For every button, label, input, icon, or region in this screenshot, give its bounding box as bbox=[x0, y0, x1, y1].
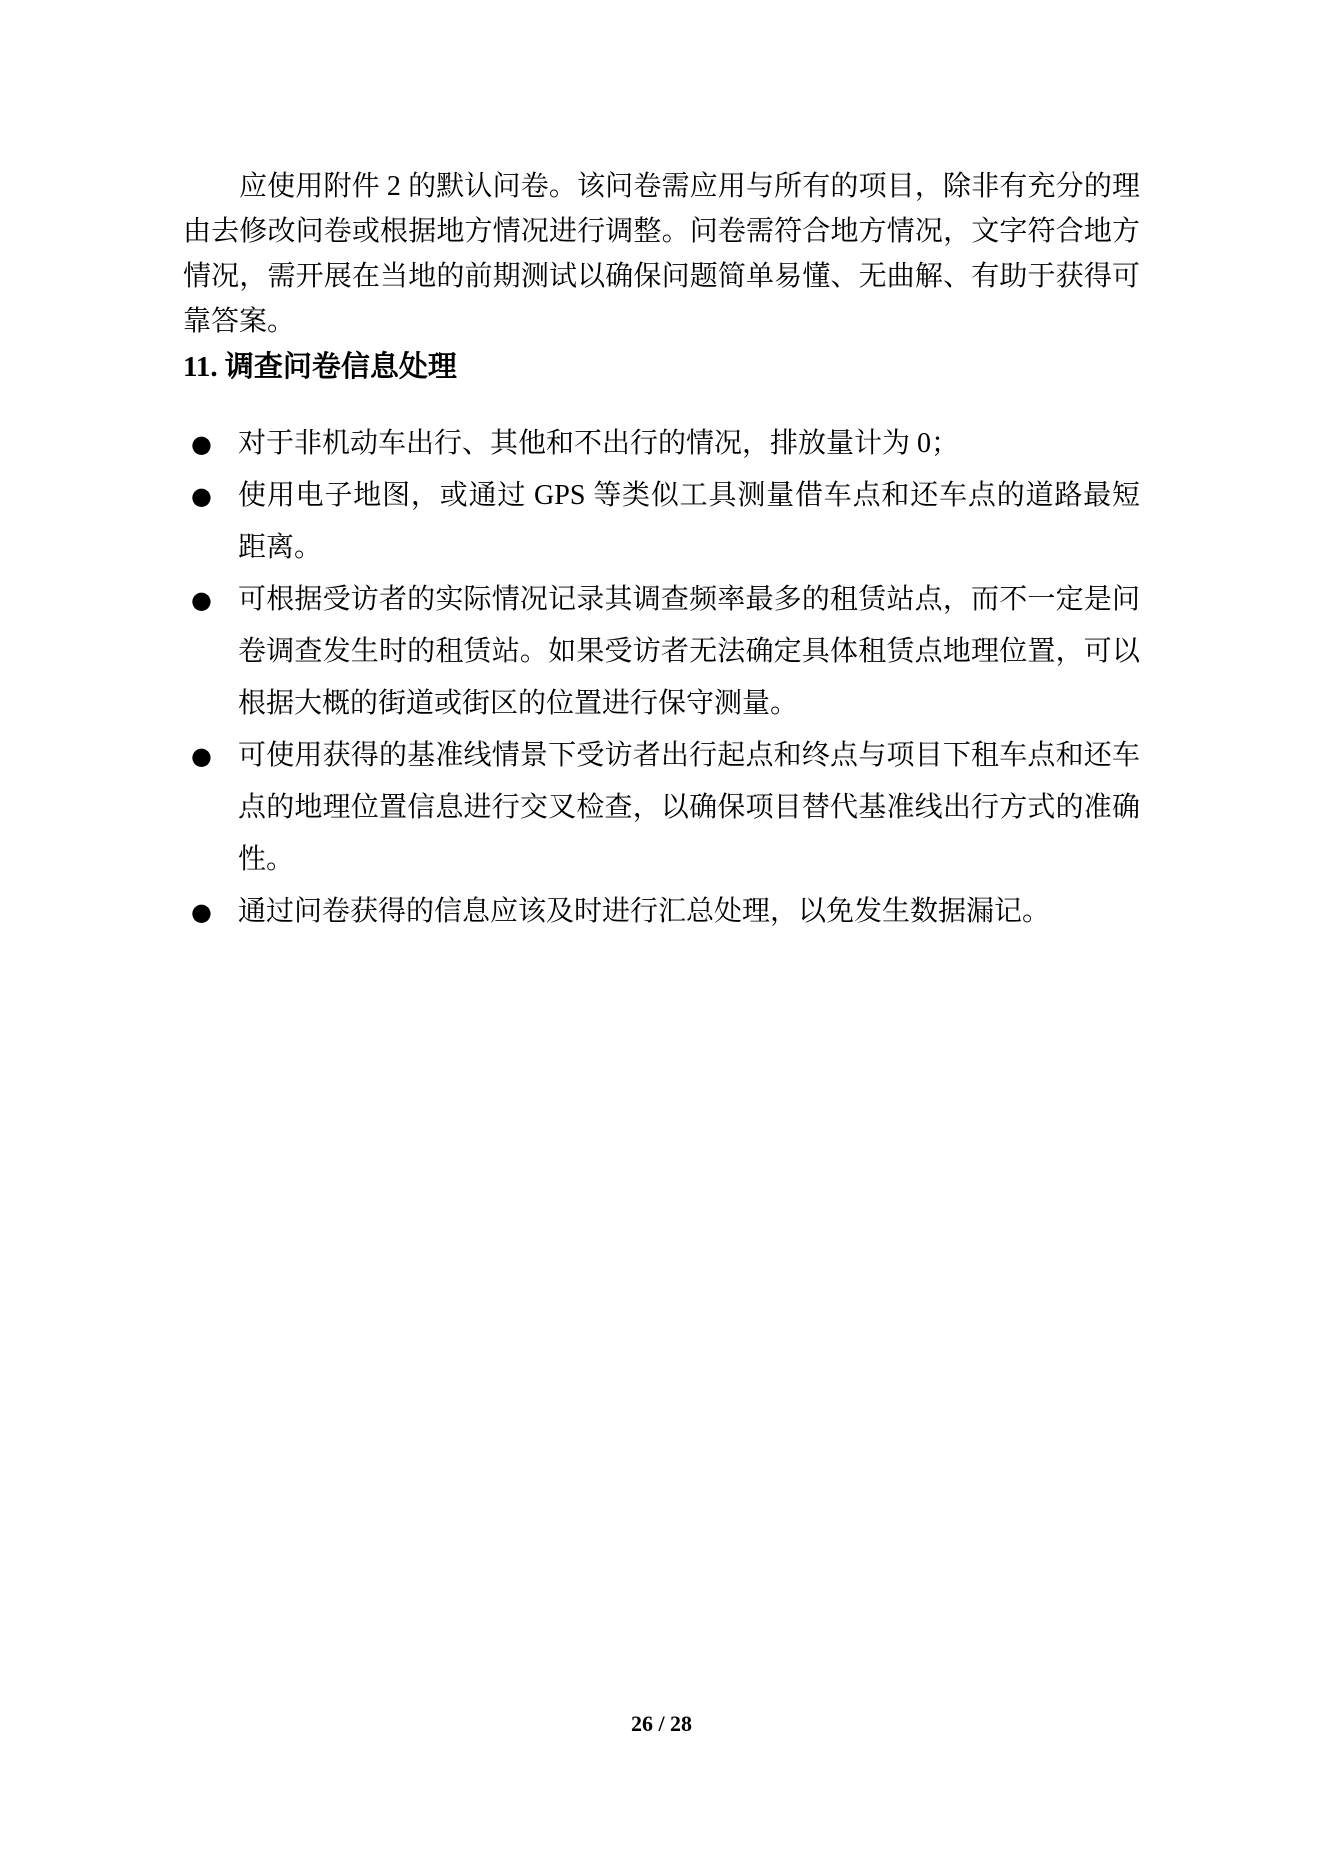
list-item: ● 使用电子地图，或通过 GPS 等类似工具测量借车点和还车点的道路最短距离。 bbox=[183, 470, 1140, 574]
page-number: 26 / 28 bbox=[0, 1710, 1323, 1738]
list-item-text: 可使用获得的基准线情景下受访者出行起点和终点与项目下租车点和还车点的地理位置信息… bbox=[238, 740, 1140, 875]
list-item: ● 可根据受访者的实际情况记录其调查频率最多的租赁站点，而不一定是问卷调查发生时… bbox=[183, 574, 1140, 730]
list-item-text: 使用电子地图，或通过 GPS 等类似工具测量借车点和还车点的道路最短距离。 bbox=[238, 480, 1140, 563]
section-heading: 11. 调查问卷信息处理 bbox=[183, 344, 1140, 390]
bullet-icon: ● bbox=[191, 418, 212, 470]
list-item-text: 对于非机动车出行、其他和不出行的情况，排放量计为 0； bbox=[238, 428, 959, 459]
page-content: 应使用附件 2 的默认问卷。该问卷需应用与所有的项目，除非有充分的理由去修改问卷… bbox=[183, 164, 1140, 938]
list-item-text: 可根据受访者的实际情况记录其调查频率最多的租赁站点，而不一定是问卷调查发生时的租… bbox=[238, 584, 1140, 719]
list-item: ● 对于非机动车出行、其他和不出行的情况，排放量计为 0； bbox=[183, 418, 1140, 470]
bullet-icon: ● bbox=[191, 886, 212, 938]
intro-paragraph: 应使用附件 2 的默认问卷。该问卷需应用与所有的项目，除非有充分的理由去修改问卷… bbox=[183, 164, 1140, 344]
bullet-list: ● 对于非机动车出行、其他和不出行的情况，排放量计为 0； ● 使用电子地图，或… bbox=[183, 418, 1140, 938]
bullet-icon: ● bbox=[191, 574, 212, 626]
bullet-icon: ● bbox=[191, 470, 212, 522]
document-page: 应使用附件 2 的默认问卷。该问卷需应用与所有的项目，除非有充分的理由去修改问卷… bbox=[0, 0, 1323, 1871]
list-item: ● 通过问卷获得的信息应该及时进行汇总处理，以免发生数据漏记。 bbox=[183, 886, 1140, 938]
list-item: ● 可使用获得的基准线情景下受访者出行起点和终点与项目下租车点和还车点的地理位置… bbox=[183, 730, 1140, 886]
bullet-icon: ● bbox=[191, 730, 212, 782]
list-item-text: 通过问卷获得的信息应该及时进行汇总处理，以免发生数据漏记。 bbox=[238, 896, 1050, 927]
